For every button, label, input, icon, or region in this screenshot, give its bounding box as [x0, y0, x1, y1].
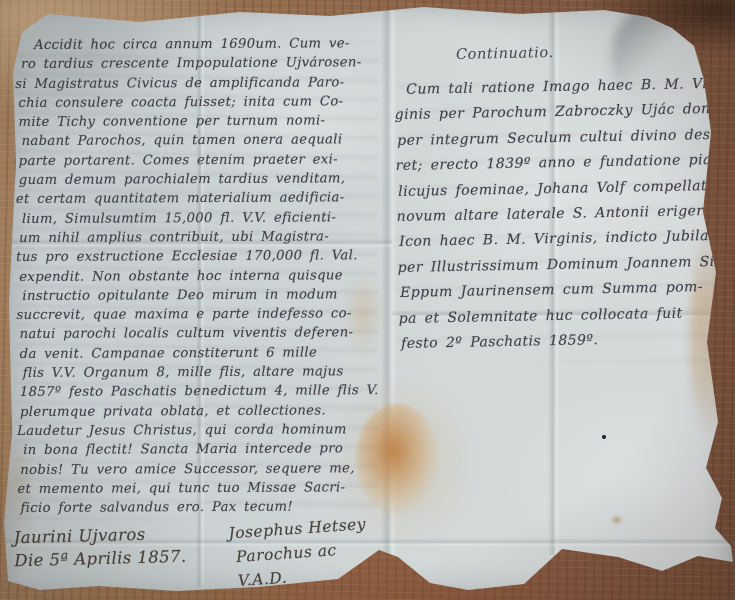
text-line: Accidit hoc circa annum 1690um. Cum ve- [34, 34, 377, 55]
text-line: mite Tichy conventione per turnum nomi- [18, 111, 377, 132]
text-line: festo 2º Paschatis 1859º. [401, 325, 735, 357]
foxing-speck [610, 515, 624, 525]
text-line: tus pro exstructione Ecclesiae 170,000 f… [16, 246, 378, 267]
left-page-text: Accidit hoc circa annum 1690um. Cum ve-r… [18, 34, 379, 518]
text-line: instructio opitulante Deo mirum in modum [22, 285, 378, 306]
left-page: Accidit hoc circa annum 1690um. Cum ve-r… [16, 34, 388, 600]
ink-dot [602, 435, 606, 439]
text-line: chia consulere coacta fuisset; inita cum… [18, 92, 377, 113]
text-line: expendit. Non obstante hoc interna quisq… [19, 266, 378, 287]
right-page-text: Cum tali ratione Imago haec B. M. Vir-gi… [396, 71, 735, 357]
text-line: nabant Parochos, quin tamen onera aequal… [22, 131, 378, 152]
text-line: 1857º festo Paschatis benedictum 4, mill… [20, 381, 379, 402]
dateline-block: Jaurini Ujvaros Die 5ª Aprilis 1857. [13, 522, 186, 572]
continuatio-heading: Continuatio. [456, 45, 554, 63]
text-line: plerumque privata oblata, et collectione… [20, 401, 379, 422]
letter-paper: Accidit hoc circa annum 1690um. Cum ve-r… [0, 0, 735, 600]
text-line: nobis! Tu vero amice Successor, sequere … [20, 459, 379, 480]
text-line: flis V.V. Organum 8, mille flis, altare … [23, 362, 379, 383]
text-line: succrevit, quae maxima e parte indefesso… [16, 304, 378, 325]
text-line: et memento mei, qui tunc tuo Missae Sacr… [17, 478, 379, 499]
text-line: natui parochi localis cultum viventis de… [20, 324, 379, 345]
text-line: um nihil amplius contribuit, ubi Magistr… [19, 227, 378, 248]
text-line: et certam quantitatem materialium aedifi… [16, 188, 378, 209]
right-page: Continuatio. Cum tali ratione Imago haec… [394, 40, 734, 380]
text-line: parte portarent. Comes etenim praeter ex… [19, 150, 378, 171]
dateline-date: Die 5ª Aprilis 1857. [14, 545, 187, 573]
text-line: guam demum parochialem tardius venditam, [19, 169, 378, 190]
text-line: Laudetur Jesus Christus, qui corda homin… [17, 420, 379, 441]
text-line: ro tardius crescente Impopulatione Ujvár… [21, 53, 377, 74]
text-line: in bona flectit! Sancta Maria intercede … [23, 439, 379, 460]
text-line: lium, Simulsumtim 15,000 fl. V.V. eficie… [22, 208, 378, 229]
photographed-letter: Accidit hoc circa annum 1690um. Cum ve-r… [0, 0, 735, 600]
text-line: da venit. Campanae constiterunt 6 mille [20, 343, 379, 364]
text-line: si Magistratus Civicus de amplificanda P… [15, 73, 377, 94]
